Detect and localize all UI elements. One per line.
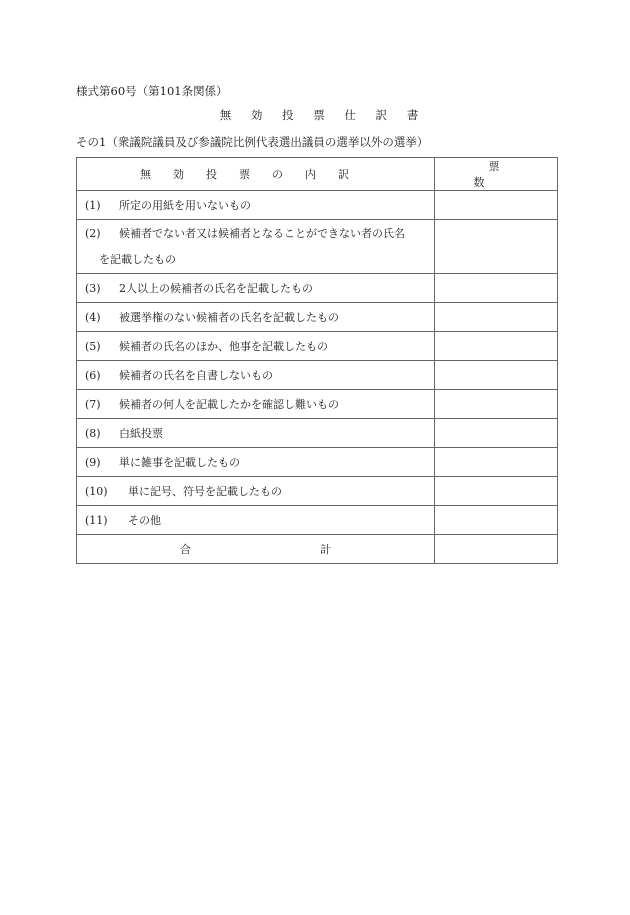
table-row: (2)候補者でない者又は候補者となることができない者の氏名を記載したもの (77, 220, 558, 274)
table-row: (5)候補者の氏名のほか、他事を記載したもの (77, 332, 558, 361)
row-label: (4)被選挙権のない候補者の氏名を記載したもの (77, 303, 435, 332)
form-number: 様式第60号（第101条関係） (76, 83, 228, 99)
count-cell[interactable] (435, 390, 558, 419)
table-row: (4)被選挙権のない候補者の氏名を記載したもの (77, 303, 558, 332)
document-subtitle: その1（衆議院議員及び参議院比例代表選出議員の選挙以外の選挙） (76, 134, 428, 150)
count-cell[interactable] (435, 220, 558, 274)
count-cell[interactable] (435, 419, 558, 448)
count-cell[interactable] (435, 448, 558, 477)
table-row: (7)候補者の何人を記載したかを確認し難いもの (77, 390, 558, 419)
invalid-ballot-table: 無効投票の内訳 票数 (1)所定の用紙を用いないもの (2)候補者でない者又は候… (76, 157, 558, 564)
row-label: (10)単に記号、符号を記載したもの (77, 477, 435, 506)
table-row: (10)単に記号、符号を記載したもの (77, 477, 558, 506)
table-row: (6)候補者の氏名を自書しないもの (77, 361, 558, 390)
count-cell[interactable] (435, 303, 558, 332)
row-label: (6)候補者の氏名を自書しないもの (77, 361, 435, 390)
table-row: (3)2人以上の候補者の氏名を記載したもの (77, 274, 558, 303)
row-label: (3)2人以上の候補者の氏名を記載したもの (77, 274, 435, 303)
row-label: (2)候補者でない者又は候補者となることができない者の氏名を記載したもの (77, 220, 435, 274)
column-header-count: 票数 (435, 158, 558, 191)
row-label: (9)単に雑事を記載したもの (77, 448, 435, 477)
table-header-row: 無効投票の内訳 票数 (77, 158, 558, 191)
table-row: (8)白紙投票 (77, 419, 558, 448)
total-count-cell[interactable] (435, 535, 558, 564)
table-row: (11)その他 (77, 506, 558, 535)
count-cell[interactable] (435, 477, 558, 506)
count-cell[interactable] (435, 361, 558, 390)
row-label: (1)所定の用紙を用いないもの (77, 191, 435, 220)
total-row: 合計 (77, 535, 558, 564)
document-title: 無 効 投 票 仕 訳 書 (76, 107, 556, 123)
total-label: 合計 (77, 535, 435, 564)
count-cell[interactable] (435, 332, 558, 361)
count-cell[interactable] (435, 191, 558, 220)
table-row: (1)所定の用紙を用いないもの (77, 191, 558, 220)
column-header-breakdown: 無効投票の内訳 (77, 158, 435, 191)
row-label: (5)候補者の氏名のほか、他事を記載したもの (77, 332, 435, 361)
row-label: (11)その他 (77, 506, 435, 535)
count-cell[interactable] (435, 274, 558, 303)
table-row: (9)単に雑事を記載したもの (77, 448, 558, 477)
row-label: (8)白紙投票 (77, 419, 435, 448)
count-cell[interactable] (435, 506, 558, 535)
row-label: (7)候補者の何人を記載したかを確認し難いもの (77, 390, 435, 419)
